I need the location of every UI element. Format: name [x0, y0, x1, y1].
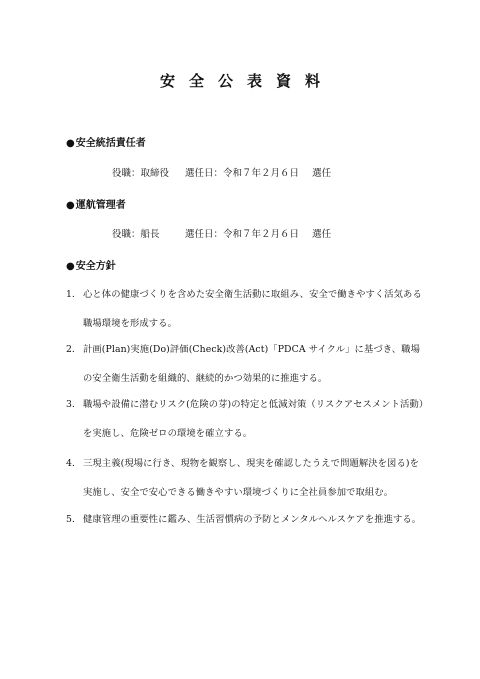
item-text: 三現主義(現場に行き、現物を観察し、現実を確認したうえで問題解決を図る)を実施し…: [66, 449, 426, 507]
policy-item: 1. 心と体の健康づくりを含めた安全衛生活動に取組み、安全で働きやすく活気ある職…: [66, 280, 426, 338]
item-text: 計画(Plan)実施(Do)評価(Check)改善(Act)「PDCA サイクル…: [66, 335, 426, 393]
policy-item: 2. 計画(Plan)実施(Do)評価(Check)改善(Act)「PDCA サ…: [66, 335, 426, 393]
bullet-icon: ●: [66, 261, 75, 272]
appointed-date: 選任日：令和７年２月６日: [185, 165, 299, 179]
role: 役職：取締役: [112, 165, 182, 179]
section-heading-safety-manager: ●安全統括責任者: [66, 134, 146, 149]
policy-item: 4. 三現主義(現場に行き、現物を観察し、現実を確認したうえで問題解決を図る)を…: [66, 449, 426, 507]
operations-manager-info: 役職：船長 選任日：令和７年２月６日 選任: [112, 226, 331, 240]
item-number: 4.: [66, 449, 75, 478]
policy-item: 3. 職場や設備に潜むリスク(危険の芽)の特定と低減対策（リスクアセスメント活動…: [66, 390, 426, 448]
item-text: 心と体の健康づくりを含めた安全衛生活動に取組み、安全で働きやすく活気ある職場環境…: [66, 280, 426, 338]
policy-item: 5. 健康管理の重要性に鑑み、生活習慣病の予防とメンタルヘルスケアを推進する。: [66, 505, 426, 534]
document-title: 安全公表資料: [0, 70, 480, 91]
appointed-date: 選任日：令和７年２月６日: [185, 226, 299, 240]
section-heading-operations-manager: ●運航管理者: [66, 196, 126, 211]
item-number: 5.: [66, 505, 75, 534]
bullet-icon: ●: [66, 200, 75, 211]
status: 選任: [312, 168, 331, 179]
item-text: 職場や設備に潜むリスク(危険の芽)の特定と低減対策（リスクアセスメント活動）を実…: [66, 390, 426, 448]
item-number: 2.: [66, 335, 75, 364]
item-number: 3.: [66, 390, 75, 419]
role: 役職：船長: [112, 226, 182, 240]
item-text: 健康管理の重要性に鑑み、生活習慣病の予防とメンタルヘルスケアを推進する。: [66, 505, 426, 534]
status: 選任: [312, 229, 331, 240]
item-number: 1.: [66, 280, 75, 309]
section-heading-policy: ●安全方針: [66, 257, 116, 272]
bullet-icon: ●: [66, 138, 75, 149]
safety-manager-info: 役職：取締役 選任日：令和７年２月６日 選任: [112, 165, 331, 179]
